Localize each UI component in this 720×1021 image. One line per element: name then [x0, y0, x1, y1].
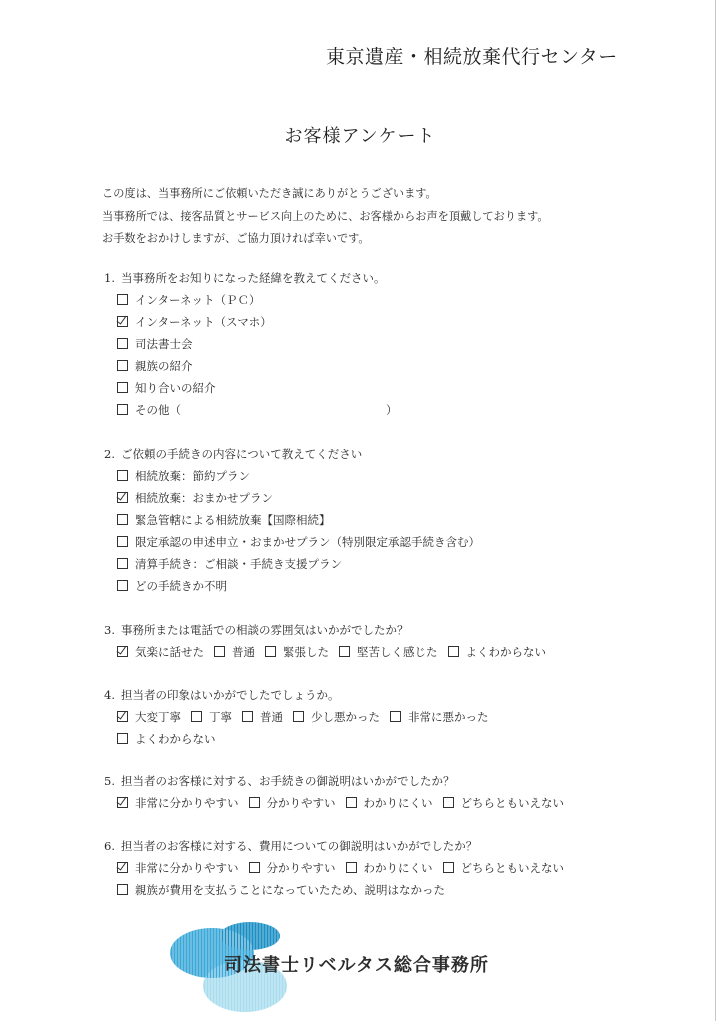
options: 相続放棄：節約プラン相続放棄：おまかせプラン緊急管轄による相続放棄【国際相続】限… — [104, 465, 490, 597]
checkbox-option[interactable]: 司法書士会 — [117, 333, 193, 355]
question-4: 4.担当者の印象はいかがでしたでしょうか。大変丁寧丁寧普通少し悪かった非常に悪か… — [104, 684, 499, 750]
question-text: 担当者のお客様に対する、お手続きの御説明はいかがでしたか？ — [121, 774, 455, 788]
option-row: よくわからない — [117, 728, 499, 750]
checkbox-option[interactable]: どちらともいえない — [443, 857, 565, 879]
checked-checkbox-icon[interactable] — [117, 316, 128, 327]
checkbox-icon[interactable] — [117, 338, 128, 349]
option-row: 大変丁寧丁寧普通少し悪かった非常に悪かった — [117, 706, 499, 728]
intro-line: この度は、当事務所にご依頼いただき誠にありがとうございます。 — [102, 183, 549, 206]
page-title: お客様アンケート — [0, 122, 720, 148]
option-label: どちらともいえない — [461, 796, 565, 810]
checked-checkbox-icon[interactable] — [117, 492, 128, 503]
intro-text: この度は、当事務所にご依頼いただき誠にありがとうございます。 当事務所では、接客… — [102, 183, 549, 251]
question-text: 当事務所をお知りになった経緯を教えてください。 — [121, 271, 386, 285]
option-label: 知り合いの紹介 — [135, 381, 216, 395]
question-title: 2.ご依頼の手続きの内容について教えてください — [104, 443, 490, 465]
checkbox-option[interactable]: インターネット（スマホ） — [117, 311, 272, 333]
option-label: どちらともいえない — [461, 861, 565, 875]
option-label: 普通 — [260, 710, 283, 724]
question-2: 2.ご依頼の手続きの内容について教えてください相続放棄：節約プラン相続放棄：おま… — [104, 443, 490, 597]
option-row: 親族の紹介 — [117, 355, 408, 377]
office-logo: 司法書士リベルタス総合事務所 — [160, 918, 560, 1018]
options: 非常に分かりやすい分かりやすいわかりにくいどちらともいえない親族が費用を支払うこ… — [104, 857, 574, 901]
checked-checkbox-icon[interactable] — [117, 862, 128, 873]
checkbox-icon[interactable] — [448, 646, 459, 657]
question-title: 1.当事務所をお知りになった経緯を教えてください。 — [104, 267, 408, 289]
question-title: 4.担当者の印象はいかがでしたでしょうか。 — [104, 684, 499, 706]
checkbox-option[interactable]: 非常に悪かった — [390, 706, 489, 728]
checkbox-icon[interactable] — [346, 797, 357, 808]
checked-checkbox-icon[interactable] — [117, 646, 128, 657]
checked-checkbox-icon[interactable] — [117, 797, 128, 808]
option-row: 非常に分かりやすい分かりやすいわかりにくいどちらともいえない — [117, 792, 574, 814]
checkbox-option[interactable]: 普通 — [242, 706, 283, 728]
question-number: 6. — [104, 839, 115, 853]
checkbox-option[interactable]: その他（） — [117, 399, 398, 421]
checkbox-option[interactable]: 緊急管轄による相続放棄【国際相続】 — [117, 509, 331, 531]
checkbox-icon[interactable] — [265, 646, 276, 657]
question-number: 2. — [104, 447, 115, 461]
checkbox-option[interactable]: 清算手続き：ご相談・手続き支援プラン — [117, 553, 342, 575]
option-label: 非常に分かりやすい — [135, 796, 239, 810]
question-title: 5.担当者のお客様に対する、お手続きの御説明はいかがでしたか？ — [104, 770, 574, 792]
checkbox-option[interactable]: 堅苦しく感じた — [339, 641, 438, 663]
checkbox-option[interactable]: どの手続きか不明 — [117, 575, 227, 597]
center-name: 東京遺産・相続放棄代行センター — [326, 42, 618, 69]
checkbox-icon[interactable] — [242, 711, 253, 722]
checkbox-icon[interactable] — [117, 884, 128, 895]
scan-edge-line — [715, 0, 716, 1021]
checkbox-icon[interactable] — [339, 646, 350, 657]
question-number: 3. — [104, 623, 115, 637]
option-row: 知り合いの紹介 — [117, 377, 408, 399]
option-label: 親族の紹介 — [135, 359, 193, 373]
checkbox-option[interactable]: 少し悪かった — [293, 706, 380, 728]
option-label: 分かりやすい — [267, 796, 336, 810]
option-label: 非常に分かりやすい — [135, 861, 239, 875]
checkbox-option[interactable]: インターネット（ＰＣ） — [117, 289, 260, 311]
checkbox-option[interactable]: 緊張した — [265, 641, 329, 663]
office-name: 司法書士リベルタス総合事務所 — [224, 951, 489, 977]
question-text: ご依頼の手続きの内容について教えてください — [121, 447, 362, 461]
option-label: 非常に悪かった — [408, 710, 489, 724]
checkbox-icon[interactable] — [117, 404, 128, 415]
option-label: 清算手続き：ご相談・手続き支援プラン — [135, 557, 342, 571]
option-label: 普通 — [232, 645, 255, 659]
checkbox-option[interactable]: よくわからない — [448, 641, 547, 663]
checkbox-icon[interactable] — [117, 733, 128, 744]
options: 大変丁寧丁寧普通少し悪かった非常に悪かったよくわからない — [104, 706, 499, 750]
checkbox-option[interactable]: 親族が費用を支払うことになっていたため、説明はなかった — [117, 879, 445, 901]
option-label: 丁寧 — [209, 710, 232, 724]
checkbox-option[interactable]: 分かりやすい — [249, 792, 336, 814]
question-text: 事務所または電話での相談の雰囲気はいかがでしたか？ — [121, 623, 409, 637]
checkbox-option[interactable]: 丁寧 — [191, 706, 232, 728]
checkbox-option[interactable]: わかりにくい — [346, 792, 433, 814]
option-label: その他（ — [135, 403, 181, 417]
option-row: 親族が費用を支払うことになっていたため、説明はなかった — [117, 879, 574, 901]
checkbox-icon[interactable] — [117, 536, 128, 547]
option-label: 少し悪かった — [311, 710, 380, 724]
checkbox-icon[interactable] — [249, 862, 260, 873]
checkbox-option[interactable]: 非常に分かりやすい — [117, 792, 239, 814]
checkbox-icon[interactable] — [191, 711, 202, 722]
checkbox-option[interactable]: 親族の紹介 — [117, 355, 193, 377]
checkbox-option[interactable]: わかりにくい — [346, 857, 433, 879]
checkbox-option[interactable]: 非常に分かりやすい — [117, 857, 239, 879]
option-label: インターネット（スマホ） — [135, 315, 272, 329]
checkbox-icon[interactable] — [117, 514, 128, 525]
options: 気楽に話せた普通緊張した堅苦しく感じたよくわからない — [104, 641, 556, 663]
checkbox-icon[interactable] — [293, 711, 304, 722]
checkbox-icon[interactable] — [117, 580, 128, 591]
checkbox-icon[interactable] — [117, 558, 128, 569]
question-text: 担当者のお客様に対する、費用についての御説明はいかがでしたか？ — [121, 839, 477, 853]
option-row: 相続放棄：おまかせプラン — [117, 487, 490, 509]
checkbox-option[interactable]: 大変丁寧 — [117, 706, 181, 728]
option-row: 相続放棄：節約プラン — [117, 465, 490, 487]
question-title: 3.事務所または電話での相談の雰囲気はいかがでしたか？ — [104, 619, 556, 641]
question-title: 6.担当者のお客様に対する、費用についての御説明はいかがでしたか？ — [104, 835, 574, 857]
checkbox-icon[interactable] — [214, 646, 225, 657]
option-label: よくわからない — [466, 645, 547, 659]
option-row: どの手続きか不明 — [117, 575, 490, 597]
question-number: 5. — [104, 774, 115, 788]
checkbox-icon[interactable] — [117, 360, 128, 371]
checkbox-option[interactable]: 気楽に話せた — [117, 641, 204, 663]
checkbox-option[interactable]: 限定承認の申述申立・おまかせプラン（特別限定承認手続き含む） — [117, 531, 480, 553]
option-label: よくわからない — [135, 732, 216, 746]
option-label: 相続放棄：節約プラン — [135, 469, 250, 483]
option-row: 限定承認の申述申立・おまかせプラン（特別限定承認手続き含む） — [117, 531, 490, 553]
intro-line: お手数をおかけしますが、ご協力頂ければ幸いです。 — [102, 228, 549, 251]
option-label: 気楽に話せた — [135, 645, 204, 659]
checkbox-option[interactable]: よくわからない — [117, 728, 216, 750]
options: 非常に分かりやすい分かりやすいわかりにくいどちらともいえない — [104, 792, 574, 814]
option-row: 緊急管轄による相続放棄【国際相続】 — [117, 509, 490, 531]
option-row: インターネット（スマホ） — [117, 311, 408, 333]
option-label: 緊張した — [283, 645, 329, 659]
checkbox-icon[interactable] — [390, 711, 401, 722]
checkbox-option[interactable]: どちらともいえない — [443, 792, 565, 814]
checkbox-icon[interactable] — [117, 382, 128, 393]
checkbox-icon[interactable] — [117, 294, 128, 305]
checkbox-icon[interactable] — [249, 797, 260, 808]
option-label: 限定承認の申述申立・おまかせプラン（特別限定承認手続き含む） — [135, 535, 480, 549]
checkbox-icon[interactable] — [346, 862, 357, 873]
option-row: 司法書士会 — [117, 333, 408, 355]
question-5: 5.担当者のお客様に対する、お手続きの御説明はいかがでしたか？非常に分かりやすい… — [104, 770, 574, 814]
checkbox-icon[interactable] — [443, 862, 454, 873]
option-label: 親族が費用を支払うことになっていたため、説明はなかった — [135, 883, 445, 897]
option-label: 司法書士会 — [135, 337, 193, 351]
option-row: 気楽に話せた普通緊張した堅苦しく感じたよくわからない — [117, 641, 556, 663]
checkbox-option[interactable]: 分かりやすい — [249, 857, 336, 879]
checkbox-option[interactable]: 相続放棄：節約プラン — [117, 465, 250, 487]
checkbox-icon[interactable] — [443, 797, 454, 808]
option-label: どの手続きか不明 — [135, 579, 227, 593]
option-label: 緊急管轄による相続放棄【国際相続】 — [135, 513, 331, 527]
option-label: 分かりやすい — [267, 861, 336, 875]
option-row: インターネット（ＰＣ） — [117, 289, 408, 311]
checkbox-option[interactable]: 普通 — [214, 641, 255, 663]
checkbox-icon[interactable] — [117, 470, 128, 481]
option-label: 大変丁寧 — [135, 710, 181, 724]
option-row: その他（） — [117, 399, 408, 421]
options: インターネット（ＰＣ）インターネット（スマホ）司法書士会親族の紹介知り合いの紹介… — [104, 289, 408, 421]
intro-line: 当事務所では、接客品質とサービス向上のために、お客様からお声を頂戴しております。 — [102, 206, 549, 229]
option-label: わかりにくい — [364, 796, 433, 810]
option-row: 清算手続き：ご相談・手続き支援プラン — [117, 553, 490, 575]
option-row: 非常に分かりやすい分かりやすいわかりにくいどちらともいえない — [117, 857, 574, 879]
question-6: 6.担当者のお客様に対する、費用についての御説明はいかがでしたか？非常に分かりや… — [104, 835, 574, 901]
checkbox-option[interactable]: 相続放棄：おまかせプラン — [117, 487, 273, 509]
question-number: 4. — [104, 688, 115, 702]
option-label: わかりにくい — [364, 861, 433, 875]
question-text: 担当者の印象はいかがでしたでしょうか。 — [121, 688, 340, 702]
option-suffix: ） — [386, 403, 398, 417]
checked-checkbox-icon[interactable] — [117, 711, 128, 722]
question-1: 1.当事務所をお知りになった経緯を教えてください。インターネット（ＰＣ）インター… — [104, 267, 408, 421]
checkbox-option[interactable]: 知り合いの紹介 — [117, 377, 216, 399]
question-3: 3.事務所または電話での相談の雰囲気はいかがでしたか？気楽に話せた普通緊張した堅… — [104, 619, 556, 663]
question-number: 1. — [104, 271, 115, 285]
option-label: インターネット（ＰＣ） — [135, 293, 260, 307]
option-label: 堅苦しく感じた — [357, 645, 438, 659]
option-label: 相続放棄：おまかせプラン — [135, 491, 273, 505]
